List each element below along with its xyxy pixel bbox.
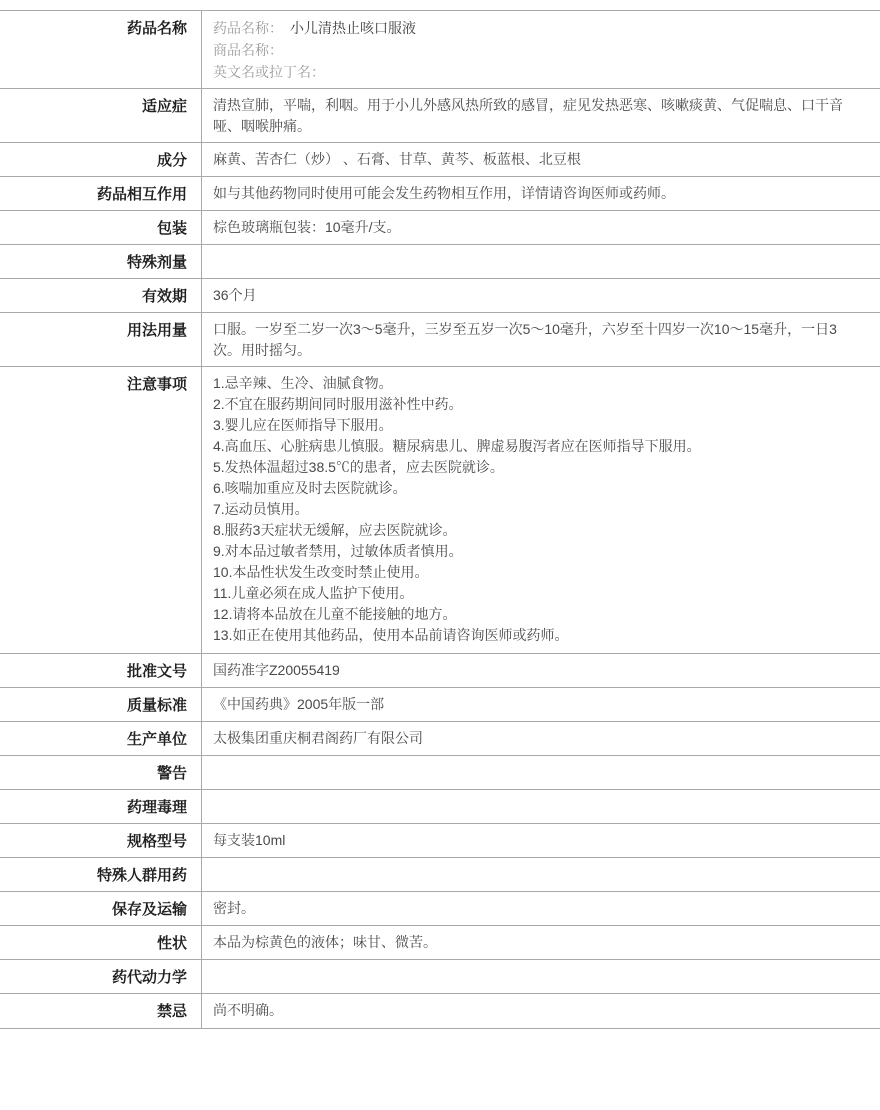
drug-name-field: 药品名称：小儿清热止咳口服液 — [213, 17, 860, 39]
table-row: 特殊人群用药 — [0, 858, 880, 892]
row-label: 药品相互作用 — [0, 177, 202, 210]
table-row: 用法用量 口服。一岁至二岁一次3～5毫升，三岁至五岁一次5～10毫升，六岁至十四… — [0, 313, 880, 367]
row-value — [202, 960, 880, 993]
row-value: 《中国药典》2005年版一部 — [202, 688, 880, 721]
table-row: 生产单位 太极集团重庆桐君阁药厂有限公司 — [0, 722, 880, 756]
row-label: 药理毒理 — [0, 790, 202, 823]
row-label: 警告 — [0, 756, 202, 789]
table-row: 规格型号 每支装10ml — [0, 824, 880, 858]
row-value — [202, 858, 880, 891]
row-label: 禁忌 — [0, 994, 202, 1028]
table-row: 批准文号 国药准字Z20055419 — [0, 654, 880, 688]
row-label: 用法用量 — [0, 313, 202, 366]
row-value: 棕色玻璃瓶包装：10毫升/支。 — [202, 211, 880, 244]
note-item: 13.如正在使用其他药品，使用本品前请咨询医师或药师。 — [213, 625, 860, 646]
row-value — [202, 245, 880, 278]
row-value: 太极集团重庆桐君阁药厂有限公司 — [202, 722, 880, 755]
table-row: 药代动力学 — [0, 960, 880, 994]
table-row: 质量标准 《中国药典》2005年版一部 — [0, 688, 880, 722]
trade-name-field: 商品名称： — [213, 39, 860, 61]
field-key: 药品名称： — [213, 20, 283, 36]
table-row: 特殊剂量 — [0, 245, 880, 279]
row-label: 生产单位 — [0, 722, 202, 755]
note-item: 10.本品性状发生改变时禁止使用。 — [213, 562, 860, 583]
table-row: 药品名称 药品名称：小儿清热止咳口服液 商品名称： 英文名或拉丁名： — [0, 11, 880, 89]
latin-name-field: 英文名或拉丁名： — [213, 61, 860, 83]
row-label: 注意事项 — [0, 367, 202, 653]
note-item: 7.运动员慎用。 — [213, 499, 860, 520]
table-row: 成分 麻黄、苦杏仁（炒） 、石膏、甘草、黄芩、板蓝根、北豆根 — [0, 143, 880, 177]
table-row: 包装 棕色玻璃瓶包装：10毫升/支。 — [0, 211, 880, 245]
row-label: 特殊人群用药 — [0, 858, 202, 891]
table-row: 药品相互作用 如与其他药物同时使用可能会发生药物相互作用，详情请咨询医师或药师。 — [0, 177, 880, 211]
row-value: 如与其他药物同时使用可能会发生药物相互作用，详情请咨询医师或药师。 — [202, 177, 880, 210]
table-row: 适应症 清热宣肺，平喘，利咽。用于小儿外感风热所致的感冒，症见发热恶寒、咳嗽痰黄… — [0, 89, 880, 143]
row-value: 国药准字Z20055419 — [202, 654, 880, 687]
row-label: 性状 — [0, 926, 202, 959]
row-label: 成分 — [0, 143, 202, 176]
row-label: 保存及运输 — [0, 892, 202, 925]
row-value: 36个月 — [202, 279, 880, 312]
row-label: 批准文号 — [0, 654, 202, 687]
row-value: 麻黄、苦杏仁（炒） 、石膏、甘草、黄芩、板蓝根、北豆根 — [202, 143, 880, 176]
row-value: 每支装10ml — [202, 824, 880, 857]
row-value: 尚不明确。 — [202, 994, 880, 1028]
note-item: 4.高血压、心脏病患儿慎服。糖尿病患儿、脾虚易腹泻者应在医师指导下服用。 — [213, 436, 860, 457]
row-value: 药品名称：小儿清热止咳口服液 商品名称： 英文名或拉丁名： — [202, 11, 880, 88]
row-value: 密封。 — [202, 892, 880, 925]
row-value: 口服。一岁至二岁一次3～5毫升，三岁至五岁一次5～10毫升，六岁至十四岁一次10… — [202, 313, 880, 366]
row-value — [202, 790, 880, 823]
table-row: 有效期 36个月 — [0, 279, 880, 313]
note-item: 2.不宜在服药期间同时服用滋补性中药。 — [213, 394, 860, 415]
note-item: 8.服药3天症状无缓解，应去医院就诊。 — [213, 520, 860, 541]
row-label: 特殊剂量 — [0, 245, 202, 278]
table-row: 注意事项 1.忌辛辣、生冷、油腻食物。 2.不宜在服药期间同时服用滋补性中药。 … — [0, 367, 880, 654]
row-label: 药品名称 — [0, 11, 202, 88]
note-item: 11.儿童必须在成人监护下使用。 — [213, 583, 860, 604]
field-key: 商品名称： — [213, 42, 283, 58]
row-label: 包装 — [0, 211, 202, 244]
table-row: 禁忌 尚不明确。 — [0, 994, 880, 1029]
row-label: 药代动力学 — [0, 960, 202, 993]
field-value: 小儿清热止咳口服液 — [290, 20, 416, 36]
note-item: 12.请将本品放在儿童不能接触的地方。 — [213, 604, 860, 625]
note-item: 9.对本品过敏者禁用，过敏体质者慎用。 — [213, 541, 860, 562]
row-value — [202, 756, 880, 789]
row-label: 质量标准 — [0, 688, 202, 721]
row-value: 1.忌辛辣、生冷、油腻食物。 2.不宜在服药期间同时服用滋补性中药。 3.婴儿应… — [202, 367, 880, 653]
row-value: 本品为棕黄色的液体；味甘、微苦。 — [202, 926, 880, 959]
note-item: 1.忌辛辣、生冷、油腻食物。 — [213, 373, 860, 394]
table-row: 药理毒理 — [0, 790, 880, 824]
note-item: 5.发热体温超过38.5℃的患者，应去医院就诊。 — [213, 457, 860, 478]
note-item: 3.婴儿应在医师指导下服用。 — [213, 415, 860, 436]
table-row: 性状 本品为棕黄色的液体；味甘、微苦。 — [0, 926, 880, 960]
row-label: 适应症 — [0, 89, 202, 142]
table-row: 警告 — [0, 756, 880, 790]
table-row: 保存及运输 密封。 — [0, 892, 880, 926]
row-label: 有效期 — [0, 279, 202, 312]
row-value: 清热宣肺，平喘，利咽。用于小儿外感风热所致的感冒，症见发热恶寒、咳嗽痰黄、气促喘… — [202, 89, 880, 142]
field-key: 英文名或拉丁名： — [213, 64, 325, 80]
note-item: 6.咳喘加重应及时去医院就诊。 — [213, 478, 860, 499]
drug-info-table: 药品名称 药品名称：小儿清热止咳口服液 商品名称： 英文名或拉丁名： 适应症 清… — [0, 10, 880, 1029]
row-label: 规格型号 — [0, 824, 202, 857]
